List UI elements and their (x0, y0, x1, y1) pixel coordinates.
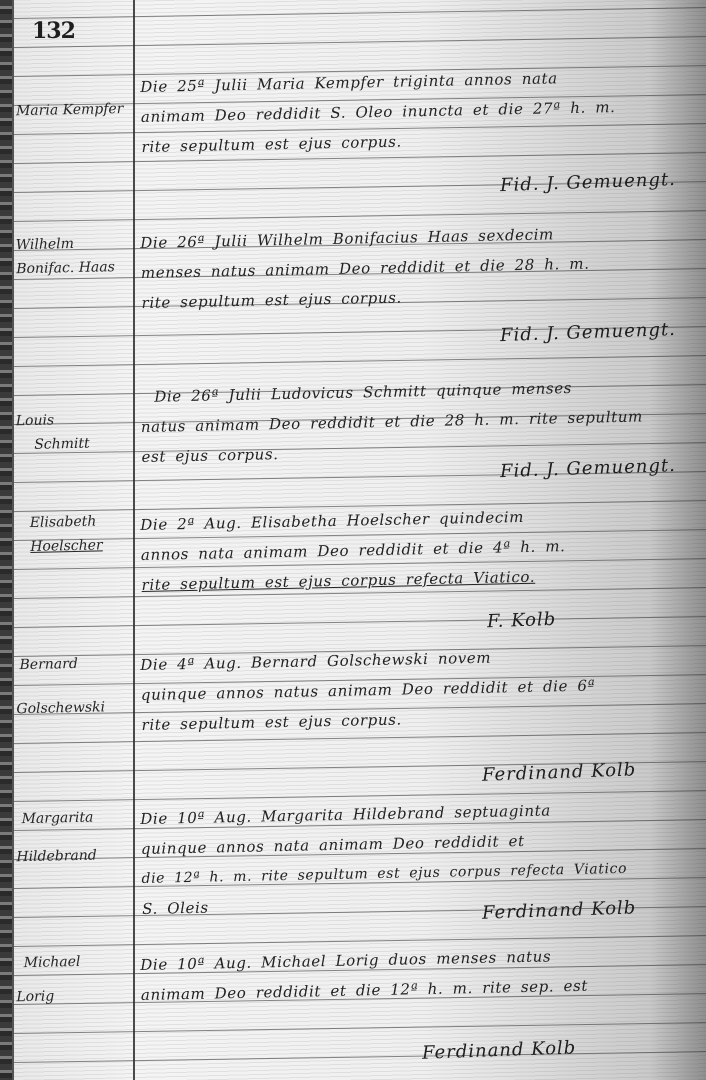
margin-name-line: Michael (15, 949, 133, 975)
entry-text: Die 2ª Aug. Elisabetha Hoelscher quindec… (140, 499, 687, 600)
entry-margin-name: Maria Kempfer (16, 97, 134, 123)
margin-name-line: Elisabeth (16, 509, 134, 535)
margin-name-line: Hildebrand (16, 829, 135, 869)
margin-name-line: Golschewski (16, 675, 135, 721)
ruled-line (14, 36, 706, 48)
ruled-line (14, 1051, 706, 1063)
priest-signature: F. Kolb (486, 609, 556, 632)
priest-signature: Ferdinand Kolb (481, 759, 636, 785)
margin-name-line: Schmitt (16, 431, 134, 457)
entry-text: Die 26ª Julii Wilhelm Bonifacius Haas se… (140, 217, 687, 318)
entry-margin-name: Elisabeth Hoelscher (16, 509, 135, 559)
entry-text: Die 4ª Aug. Bernard Golschewski novem qu… (140, 639, 687, 740)
entry-margin-name: Margarita Hildebrand (15, 805, 134, 869)
margin-name-line: Bonifac. Haas (16, 255, 134, 281)
margin-name-line: Lorig (16, 973, 135, 1009)
ruled-line (14, 1022, 706, 1034)
margin-name-line: Wilhelm (16, 231, 134, 257)
page-number: 132 (32, 18, 75, 44)
priest-signature: Fid. J. Gemuengt. (500, 319, 677, 346)
entry-margin-name: Michael Lorig (15, 949, 134, 1009)
priest-signature: Fid. J. Gemuengt. (500, 169, 677, 196)
entry-text: Die 10ª Aug. Michael Lorig duos menses n… (140, 939, 686, 1010)
entry-margin-name: Louis Schmitt (16, 407, 135, 457)
ruled-line (14, 7, 706, 19)
register-page: 132 Maria Kempfer Die 25ª Julii Maria Ke… (0, 0, 706, 1080)
entry-margin-name: Wilhelm Bonifac. Haas (16, 231, 135, 281)
margin-name-line: Margarita (15, 805, 133, 831)
margin-name-line: Maria Kempfer (16, 97, 134, 123)
book-binding-edge (0, 0, 12, 1080)
margin-name-line: Louis (16, 407, 134, 433)
priest-signature: Ferdinand Kolb (421, 1037, 576, 1063)
priest-signature: Ferdinand Kolb (481, 897, 636, 923)
margin-name-line: Bernard (15, 651, 133, 677)
entry-text: Die 25ª Julii Maria Kempfer triginta ann… (140, 61, 687, 162)
ruled-line (14, 616, 706, 628)
entry-margin-name: Bernard Golschewski (15, 651, 134, 721)
ruled-line (14, 355, 706, 367)
margin-name-line: Hoelscher (16, 533, 134, 559)
